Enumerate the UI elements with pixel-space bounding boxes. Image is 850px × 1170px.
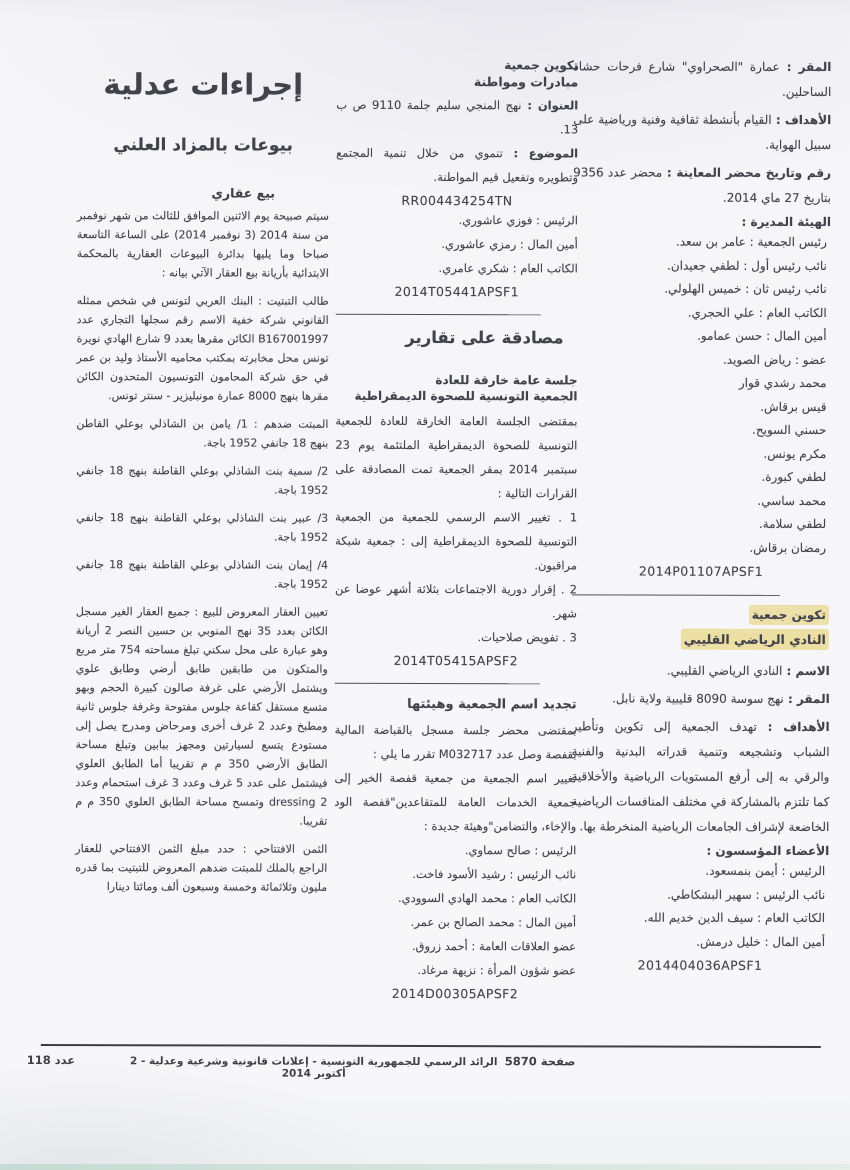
field-name: الاسم : النادي الرياضي القليبي.: [572, 658, 830, 684]
association-name: الجمعية التونسية للصحوة الديمقراطية: [335, 389, 577, 404]
subsection-title-property-sale: بيع عقاري: [77, 185, 329, 201]
auction-paragraph: 3/ عبير بنت الشاذلي بوعلي القاطنة بنهج 1…: [76, 508, 328, 547]
announcement-code: 2014404036APSF1: [571, 957, 829, 973]
renewal-body: تغيير اسم الجمعية من جمعية قفصة الخير إل…: [334, 766, 576, 839]
board-line: نائب رئيس أول : لطفي جعيدان.: [573, 254, 831, 278]
section-title-report-approval: مصادقة على تقارير: [336, 328, 578, 348]
board-line: الكاتب العام : علي الحجري.: [573, 301, 831, 325]
board-title: الهيئة المديرة :: [573, 214, 831, 229]
announcement-type: تكوين جمعية: [572, 607, 830, 622]
association-name: مبادرات ومواطنة: [336, 74, 578, 90]
section-divider: [572, 594, 780, 596]
decision-item: 2 . إقرار دورية الاجتماعات بثلاثة أشهر ع…: [335, 577, 577, 626]
registration-code: RR004434254TN: [336, 193, 578, 209]
auction-paragraph: طالب التبتيت : البنك العربي لتونس في شخص…: [76, 291, 328, 406]
meeting-intro: بمقتضى الجلسة العامة الخارقة للعادة للجم…: [335, 409, 577, 506]
board-line: الرئيس : صالح سماوي.: [334, 838, 576, 863]
column-judicial-procedures: إجراءات عدلية بيوعات بالمزاد العلني بيع …: [75, 55, 329, 906]
association-name: النادي الرياضي القليبي: [572, 631, 830, 647]
board-line: أمين المال : محمد الصالح بن عمر.: [334, 910, 576, 935]
board-line: نائب الرئيس : رشيد الأسود فاخت.: [334, 862, 576, 887]
highlighted-text: تكوين جمعية: [752, 608, 826, 622]
field-headquarters: المقر : عمارة "الصحراوي" شارع فرحات حشاد…: [573, 54, 831, 105]
announcement-code: 2014P01107APSF1: [572, 563, 830, 579]
announcement-code: 2014T05415APSF2: [335, 653, 577, 669]
announcement-type: تكوين جمعية: [336, 58, 578, 73]
board-line: محمد رشدي قوار: [572, 371, 830, 395]
page-title: إجراءات عدلية: [77, 67, 329, 102]
renewal-intro: بمقتضى محضر جلسة مسجل بالقباضة المالية ب…: [335, 718, 577, 767]
auction-paragraph: 2/ سمية بنت الشاذلي بوعلي القاطنة بنهج 1…: [76, 461, 328, 500]
footer-issue-number: عدد 118: [27, 1053, 75, 1067]
field-headquarters: المقر : نهج سوسة 8090 قليبية ولاية نابل.: [572, 686, 830, 712]
meeting-title: جلسة عامة خارقة للعادة: [336, 373, 578, 388]
auction-paragraph: المبتت ضدهم : 1/ يامن بن الشاذلي بوعلي ا…: [76, 414, 328, 453]
field-address: العنوان : نهج المنجي سليم جلمة 9110 ص ب …: [336, 93, 578, 142]
auction-paragraph: الثمن الافتتاحي : حدد مبلغ الثمن الافتتا…: [75, 839, 327, 897]
scan-bottom-edge: [0, 1164, 850, 1170]
board-line: نائب رئيس ثان : خميس الهلولي.: [573, 277, 831, 301]
field-report-number: رقم وتاريخ محضر المعاينة : محضر عدد 9356…: [573, 160, 831, 211]
section-divider: [336, 314, 541, 316]
footer-rule: [41, 1044, 821, 1048]
board-line: عضو : رياض الصويد.: [573, 348, 831, 372]
decision-item: 3 . تفويض صلاحيات.: [335, 625, 577, 650]
board-line: لطفي كبورة.: [572, 465, 830, 489]
board-line: أمين المال : رمزي عاشوري.: [336, 232, 578, 257]
board-line: عضو شؤون المرأة : نزيهة مرغاد.: [334, 958, 576, 983]
auction-paragraph: 4/ إيمان بنت الشاذلي بوعلي القاطنة بنهج …: [76, 555, 328, 594]
board-line: أمين المال : حسن عمامو.: [573, 324, 831, 348]
board-line: الرئيس : فوزي عاشوري.: [336, 208, 578, 233]
highlighted-text: النادي الرياضي القليبي: [684, 632, 826, 647]
board-line: الكاتب العام : شكري عامري.: [336, 256, 578, 281]
auction-paragraph: تعيين العقار المعروض للبيع : جميع العقار…: [75, 602, 328, 831]
field-goals: الأهداف : تهدف الجمعية إلى تكوين وتأطير …: [571, 714, 829, 840]
board-line: عضو العلاقات العامة : أحمد زروق.: [334, 934, 576, 959]
founders-title: الأعضاء المؤسسون :: [571, 843, 829, 858]
field-goals: الأهداف : القيام بأنشطة ثقافية وفنية وري…: [573, 107, 831, 158]
founder-line: أمين المال : خليل درمش.: [571, 930, 829, 954]
announcement-code: 2014D00305APSF2: [334, 986, 576, 1002]
board-line: مكرم يونس.: [572, 442, 830, 466]
column-right-announcements: المقر : عمارة "الصحراوي" شارع فرحات حشاد…: [571, 54, 831, 973]
announcement-code: 2014T05441APSF1: [336, 284, 578, 300]
founder-line: نائب الرئيس : سهير البشكاطي.: [571, 883, 829, 907]
column-middle-announcements: تكوين جمعية مبادرات ومواطنة العنوان : نه…: [334, 58, 578, 1002]
board-line: رئيس الجمعية : عامر بن سعد.: [573, 230, 831, 254]
board-line: رمضان برقاش.: [572, 536, 830, 560]
board-line: قيس برقاش.: [572, 395, 830, 419]
auction-paragraph: سيتم صبيحة يوم الاثنين الموافق للثالث من…: [77, 206, 329, 283]
field-subject: الموضوع : تنموي من خلال تنمية المجتمع وت…: [336, 141, 578, 190]
founder-line: الرئيس : أيمن بنمسعود.: [571, 859, 829, 883]
decision-item: 1 . تغيير الاسم الرسمي للجمعية من الجمعي…: [335, 505, 577, 578]
founder-line: الكاتب العام : سيف الدين خديم الله.: [571, 906, 829, 930]
section-divider: [335, 683, 540, 685]
footer-journal-title: الرائد الرسمي للجمهورية التونسية - إعلان…: [129, 1055, 499, 1080]
section-title-public-auction: بيوعات بالمزاد العلني: [83, 135, 323, 156]
footer-page-number: صفحة 5870: [505, 1054, 576, 1068]
board-line: الكاتب العام : محمد الهادي السوودي.: [334, 886, 576, 911]
board-line: حسني السويح.: [572, 418, 830, 442]
gazette-page: إجراءات عدلية بيوعات بالمزاد العلني بيع …: [0, 0, 850, 1170]
board-line: محمد ساسي.: [572, 489, 830, 513]
board-line: لطفي سلامة.: [572, 512, 830, 536]
section-title-name-renewal: تجديد اسم الجمعية وهيئتها: [335, 697, 577, 713]
